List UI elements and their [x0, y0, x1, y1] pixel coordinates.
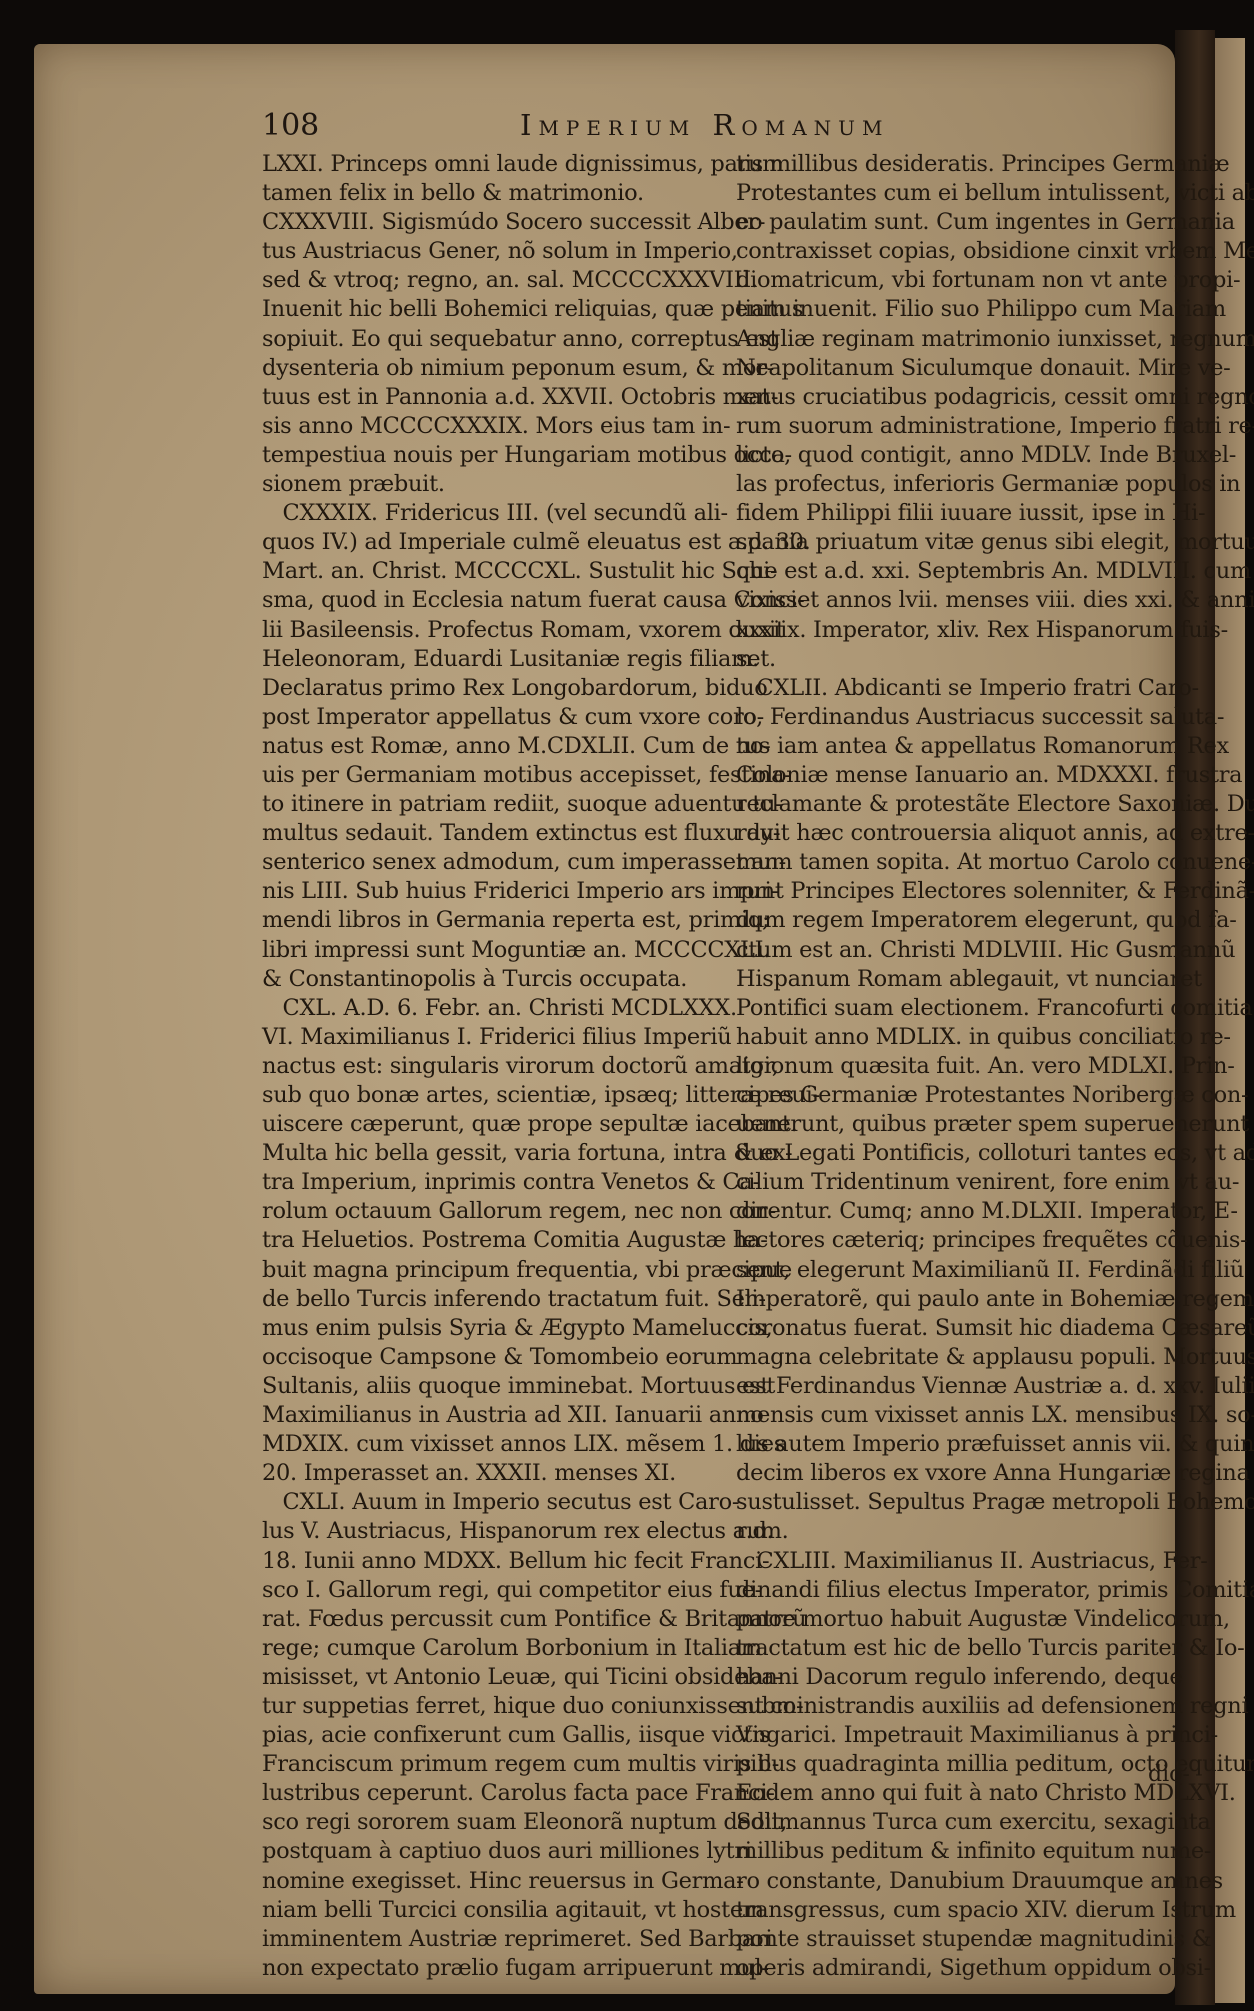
text-line: 20. Imperasset an. XXXII. menses XI.: [262, 1459, 717, 1488]
page-number: 108: [262, 108, 319, 143]
text-line: lustribus ceperunt. Carolus facta pace F…: [262, 1779, 717, 1808]
text-line: sub quo bonæ artes, scientiæ, ipsæq; lit…: [262, 1081, 717, 1110]
text-line: nis LIII. Sub huius Friderici Imperio ar…: [262, 877, 717, 906]
text-line: de bello Turcis inferendo tractatum fuit…: [262, 1285, 717, 1314]
text-line: MDXIX. cum vixisset annos LIX. mẽsem 1. …: [262, 1430, 717, 1459]
text-line: quos IV.) ad Imperiale culmẽ eleuatus es…: [262, 528, 717, 557]
text-line: subministrandis auxiliis ad defensionem …: [736, 1692, 1176, 1721]
right-text-column: tis millibus desideratis. Principes Germ…: [736, 150, 1176, 1983]
text-line: niam belli Turcici consilia agitauit, vt…: [262, 1896, 717, 1925]
text-line: tamen felix in bello & matrimonio.: [262, 179, 717, 208]
text-line: dum regem Imperatorem elegerunt, quod fa…: [736, 906, 1176, 935]
text-line: uenerunt, quibus præter spem superueneru…: [736, 1110, 1176, 1139]
text-line: sed & vtroq; regno, an. sal. MCCCCXXXVII…: [262, 266, 717, 295]
text-line: vixisset annos lvii. menses viii. dies x…: [736, 586, 1176, 615]
text-line: Sultanis, aliis quoque imminebat. Mortuu…: [262, 1372, 717, 1401]
text-line: natus est Romæ, anno M.CDXLII. Cum de no…: [262, 732, 717, 761]
text-line: eo paulatim sunt. Cum ingentes in German…: [736, 208, 1176, 237]
text-line: to itinere in patriam rediit, suoque adu…: [262, 790, 717, 819]
text-line: sis anno MCCCCXXXIX. Mors eius tam in-: [262, 412, 717, 441]
text-line: sma, quod in Ecclesia natum fuerat causa…: [262, 586, 717, 615]
text-line: misisset, vt Antonio Leuæ, qui Ticini ob…: [262, 1663, 717, 1692]
text-line: lectores cæteriq; principes frequẽtes cõ…: [736, 1226, 1176, 1255]
text-line: duo Legati Pontificis, colloturi tantes …: [736, 1139, 1176, 1168]
text-line: millibus peditum & infinito equitum nume…: [736, 1837, 1176, 1866]
text-line: contraxisset copias, obsidione cinxit vr…: [736, 237, 1176, 266]
text-line: rum.: [736, 1517, 1176, 1546]
text-line: multus sedauit. Tandem extinctus est flu…: [262, 819, 717, 848]
text-line: las profectus, inferioris Germaniæ popul…: [736, 470, 1176, 499]
text-line: post Imperator appellatus & cum vxore co…: [262, 703, 717, 732]
text-line: rat. Fœdus percussit cum Pontifice & Bri…: [262, 1605, 717, 1634]
text-line: licto, quod contigit, anno MDLV. Inde Br…: [736, 441, 1176, 470]
text-line: sustulisset. Sepultus Pragæ metropoli Bo…: [736, 1488, 1176, 1517]
text-line: est Ferdinandus Viennæ Austriæ a. d. xxv…: [736, 1372, 1176, 1401]
text-line: tempestiua nouis per Hungariam motibus o…: [262, 441, 717, 470]
text-line: Angliæ reginam matrimonio iunxisset, reg…: [736, 325, 1176, 354]
text-line: hanni Dacorum regulo inferendo, deque: [736, 1663, 1176, 1692]
text-line: CXLI. Auum in Imperio secutus est Caro-: [262, 1488, 717, 1517]
text-line: tus iam antea & appellatus Romanorum Rex: [736, 732, 1176, 761]
text-line: patre mortuo habuit Augustæ Vindelicorum…: [736, 1605, 1176, 1634]
text-line: Heleonoram, Eduardi Lusitaniæ regis fili…: [262, 645, 717, 674]
text-line: set.: [736, 645, 1176, 674]
text-line: Protestantes cum ei bellum intulissent, …: [736, 179, 1176, 208]
text-line: tis millibus desideratis. Principes Germ…: [736, 150, 1176, 179]
text-line: sco I. Gallorum regi, qui competitor eiu…: [262, 1576, 717, 1605]
text-line: & Constantinopolis à Turcis occupata.: [262, 965, 717, 994]
text-line: dysenteria ob nimium peponum esum, & mor…: [262, 354, 717, 383]
text-line: libri impressi sunt Moguntiæ an. MCCCCXL…: [262, 936, 717, 965]
text-line: senterico senex admodum, cum imperasset …: [262, 848, 717, 877]
text-line: Hispanum Romam ablegauit, vt nunciaret: [736, 965, 1176, 994]
text-line: tractatum est hic de bello Turcis parite…: [736, 1634, 1176, 1663]
text-line: ro constante, Danubium Drauumque amnes: [736, 1867, 1176, 1896]
text-line: Vngarici. Impetrauit Maximilianus à prin…: [736, 1721, 1176, 1750]
text-line: Eodem anno qui fuit à nato Christo MDLXV…: [736, 1779, 1176, 1808]
text-line: mus enim pulsis Syria & Ægypto Mamelucci…: [262, 1314, 717, 1343]
text-line: tra Heluetios. Postrema Comitia Augustæ …: [262, 1226, 717, 1255]
text-line: tra Imperium, inprimis contra Venetos & …: [262, 1168, 717, 1197]
text-line: Inuenit hic belli Bohemici reliquias, qu…: [262, 295, 717, 324]
text-line: Maximilianus in Austria ad XII. Ianuarii…: [262, 1401, 717, 1430]
text-line: lus autem Imperio præfuisset annis vii. …: [736, 1430, 1176, 1459]
text-line: CXXXVIII. Sigismúdo Socero successit Alb…: [262, 208, 717, 237]
text-line: pias, acie confixerunt cum Gallis, iisqu…: [262, 1721, 717, 1750]
text-line: Solimannus Turca cum exercitu, sexaginta: [736, 1808, 1176, 1837]
text-line: dinandi filius electus Imperator, primis…: [736, 1576, 1176, 1605]
text-line: lo, Ferdinandus Austriacus successit sal…: [736, 703, 1176, 732]
text-line: CXXXIX. Fridericus III. (vel secundũ ali…: [262, 499, 717, 528]
text-line: fidem Philippi filii iuuare iussit, ipse…: [736, 499, 1176, 528]
text-line: CXLIII. Maximilianus II. Austriacus, Fer…: [736, 1547, 1176, 1576]
text-line: rege; cumque Carolum Borbonium in Italia…: [262, 1634, 717, 1663]
text-line: operis admirandi, Sigethum oppidum obsi-: [736, 1954, 1176, 1983]
text-line: xatus cruciatibus podagricis, cessit omn…: [736, 383, 1176, 412]
text-line: Coloniæ mense Ianuario an. MDXXXI. frust…: [736, 761, 1176, 790]
text-line: Multa hic bella gessit, varia fortuna, i…: [262, 1139, 717, 1168]
text-line: LXXI. Princeps omni laude dignissimus, p…: [262, 150, 717, 179]
text-line: Neapolitanum Siculumque donauit. Mire ve…: [736, 354, 1176, 383]
text-line: imminentem Austriæ reprimeret. Sed Barba…: [262, 1925, 717, 1954]
text-line: Pontifici suam electionem. Francofurti c…: [736, 994, 1176, 1023]
text-line: tiam inuenit. Filio suo Philippo cum Mar…: [736, 295, 1176, 324]
text-line: Declaratus primo Rex Longobardorum, bidu…: [262, 674, 717, 703]
left-text-column: LXXI. Princeps omni laude dignissimus, p…: [262, 150, 717, 1983]
text-line: decim liberos ex vxore Anna Hungariæ reg…: [736, 1459, 1176, 1488]
catchword: dio-: [1148, 1762, 1190, 1787]
text-line: lii Basileensis. Profectus Romam, vxorem…: [262, 616, 717, 645]
text-line: sopiuit. Eo qui sequebatur anno, corrept…: [262, 325, 717, 354]
text-line: coronatus fuerat. Sumsit hic diadema Cæs…: [736, 1314, 1176, 1343]
text-line: mum tamen sopita. At mortuo Carolo conue…: [736, 848, 1176, 877]
text-line: VI. Maximilianus I. Friderici filius Imp…: [262, 1023, 717, 1052]
text-line: runt Principes Electores solenniter, & F…: [736, 877, 1176, 906]
text-line: CXL. A.D. 6. Febr. an. Christi MCDLXXX.: [262, 994, 717, 1023]
text-line: uis per Germaniam motibus accepisset, fe…: [262, 761, 717, 790]
text-line: occisoque Campsone & Tomombeio eorum: [262, 1343, 717, 1372]
text-line: buit magna principum frequentia, vbi præ…: [262, 1256, 717, 1285]
text-line: ctum est an. Christi MDLVIII. Hic Gusman…: [736, 936, 1176, 965]
text-line: tur suppetias ferret, hique duo coniunxi…: [262, 1692, 717, 1721]
running-head: Imperium Romanum: [520, 108, 890, 142]
text-line: reclamante & protestãte Electore Saxoniæ…: [736, 790, 1176, 819]
text-line: ponte strauisset stupendæ magnitudinis &: [736, 1925, 1176, 1954]
text-line: xxxiix. Imperator, xliv. Rex Hispanorum …: [736, 616, 1176, 645]
text-line: que est a.d. xxi. Septembris An. MDLVIII…: [736, 557, 1176, 586]
text-line: 18. Iunii anno MDXX. Bellum hic fecit Fr…: [262, 1547, 717, 1576]
text-line: rolum octauum Gallorum regem, nec non co…: [262, 1197, 717, 1226]
text-line: mensis cum vixisset annis LX. mensibus I…: [736, 1401, 1176, 1430]
text-line: diomatricum, vbi fortunam non vt ante pr…: [736, 266, 1176, 295]
text-line: magna celebritate & applausu populi. Mor…: [736, 1343, 1176, 1372]
text-line: Imperatorẽ, qui paulo ante in Bohemiæ re…: [736, 1285, 1176, 1314]
text-line: direntur. Cumq; anno M.DLXII. Imperator,…: [736, 1197, 1176, 1226]
text-line: transgressus, cum spacio XIV. dierum Ist…: [736, 1896, 1176, 1925]
text-line: non expectato prælio fugam arripuerunt m…: [262, 1954, 717, 1983]
text-line: habuit anno MDLIX. in quibus conciliatio…: [736, 1023, 1176, 1052]
text-line: mendi libros in Germania reperta est, pr…: [262, 906, 717, 935]
text-line: sent, elegerunt Maximilianũ II. Ferdinãd…: [736, 1256, 1176, 1285]
text-line: rauit hæc controuersia aliquot annis, ad…: [736, 819, 1176, 848]
text-line: uiscere cæperunt, quæ prope sepultæ iace…: [262, 1110, 717, 1139]
text-line: tuus est in Pannonia a.d. XXVII. Octobri…: [262, 383, 717, 412]
text-line: Mart. an. Christ. MCCCCXL. Sustulit hic …: [262, 557, 717, 586]
text-line: pibus quadraginta millia peditum, octo e…: [736, 1750, 1176, 1779]
text-line: cilium Tridentinum venirent, fore enim v…: [736, 1168, 1176, 1197]
text-line: lus V. Austriacus, Hispanorum rex electu…: [262, 1517, 717, 1546]
text-line: tus Austriacus Gener, nõ solum in Imperi…: [262, 237, 717, 266]
text-line: nactus est: singularis virorum doctorũ a…: [262, 1052, 717, 1081]
text-line: postquam à captiuo duos auri milliones l…: [262, 1837, 717, 1866]
text-line: Franciscum primum regem cum multis viris…: [262, 1750, 717, 1779]
text-line: sionem præbuit.: [262, 470, 717, 499]
text-line: sco regi sororem suam Eleonorã nuptum de…: [262, 1808, 717, 1837]
text-line: ligionum quæsita fuit. An. vero MDLXI. P…: [736, 1052, 1176, 1081]
text-line: CXLII. Abdicanti se Imperio fratri Caro-: [736, 674, 1176, 703]
text-line: spania priuatum vitæ genus sibi elegit, …: [736, 528, 1176, 557]
text-line: rum suorum administratione, Imperio frat…: [736, 412, 1176, 441]
page-header: 108 Imperium Romanum: [0, 108, 1254, 148]
text-line: nomine exegisset. Hinc reuersus in Germa…: [262, 1867, 717, 1896]
text-line: cipes Germaniæ Protestantes Noribergæ co…: [736, 1081, 1176, 1110]
